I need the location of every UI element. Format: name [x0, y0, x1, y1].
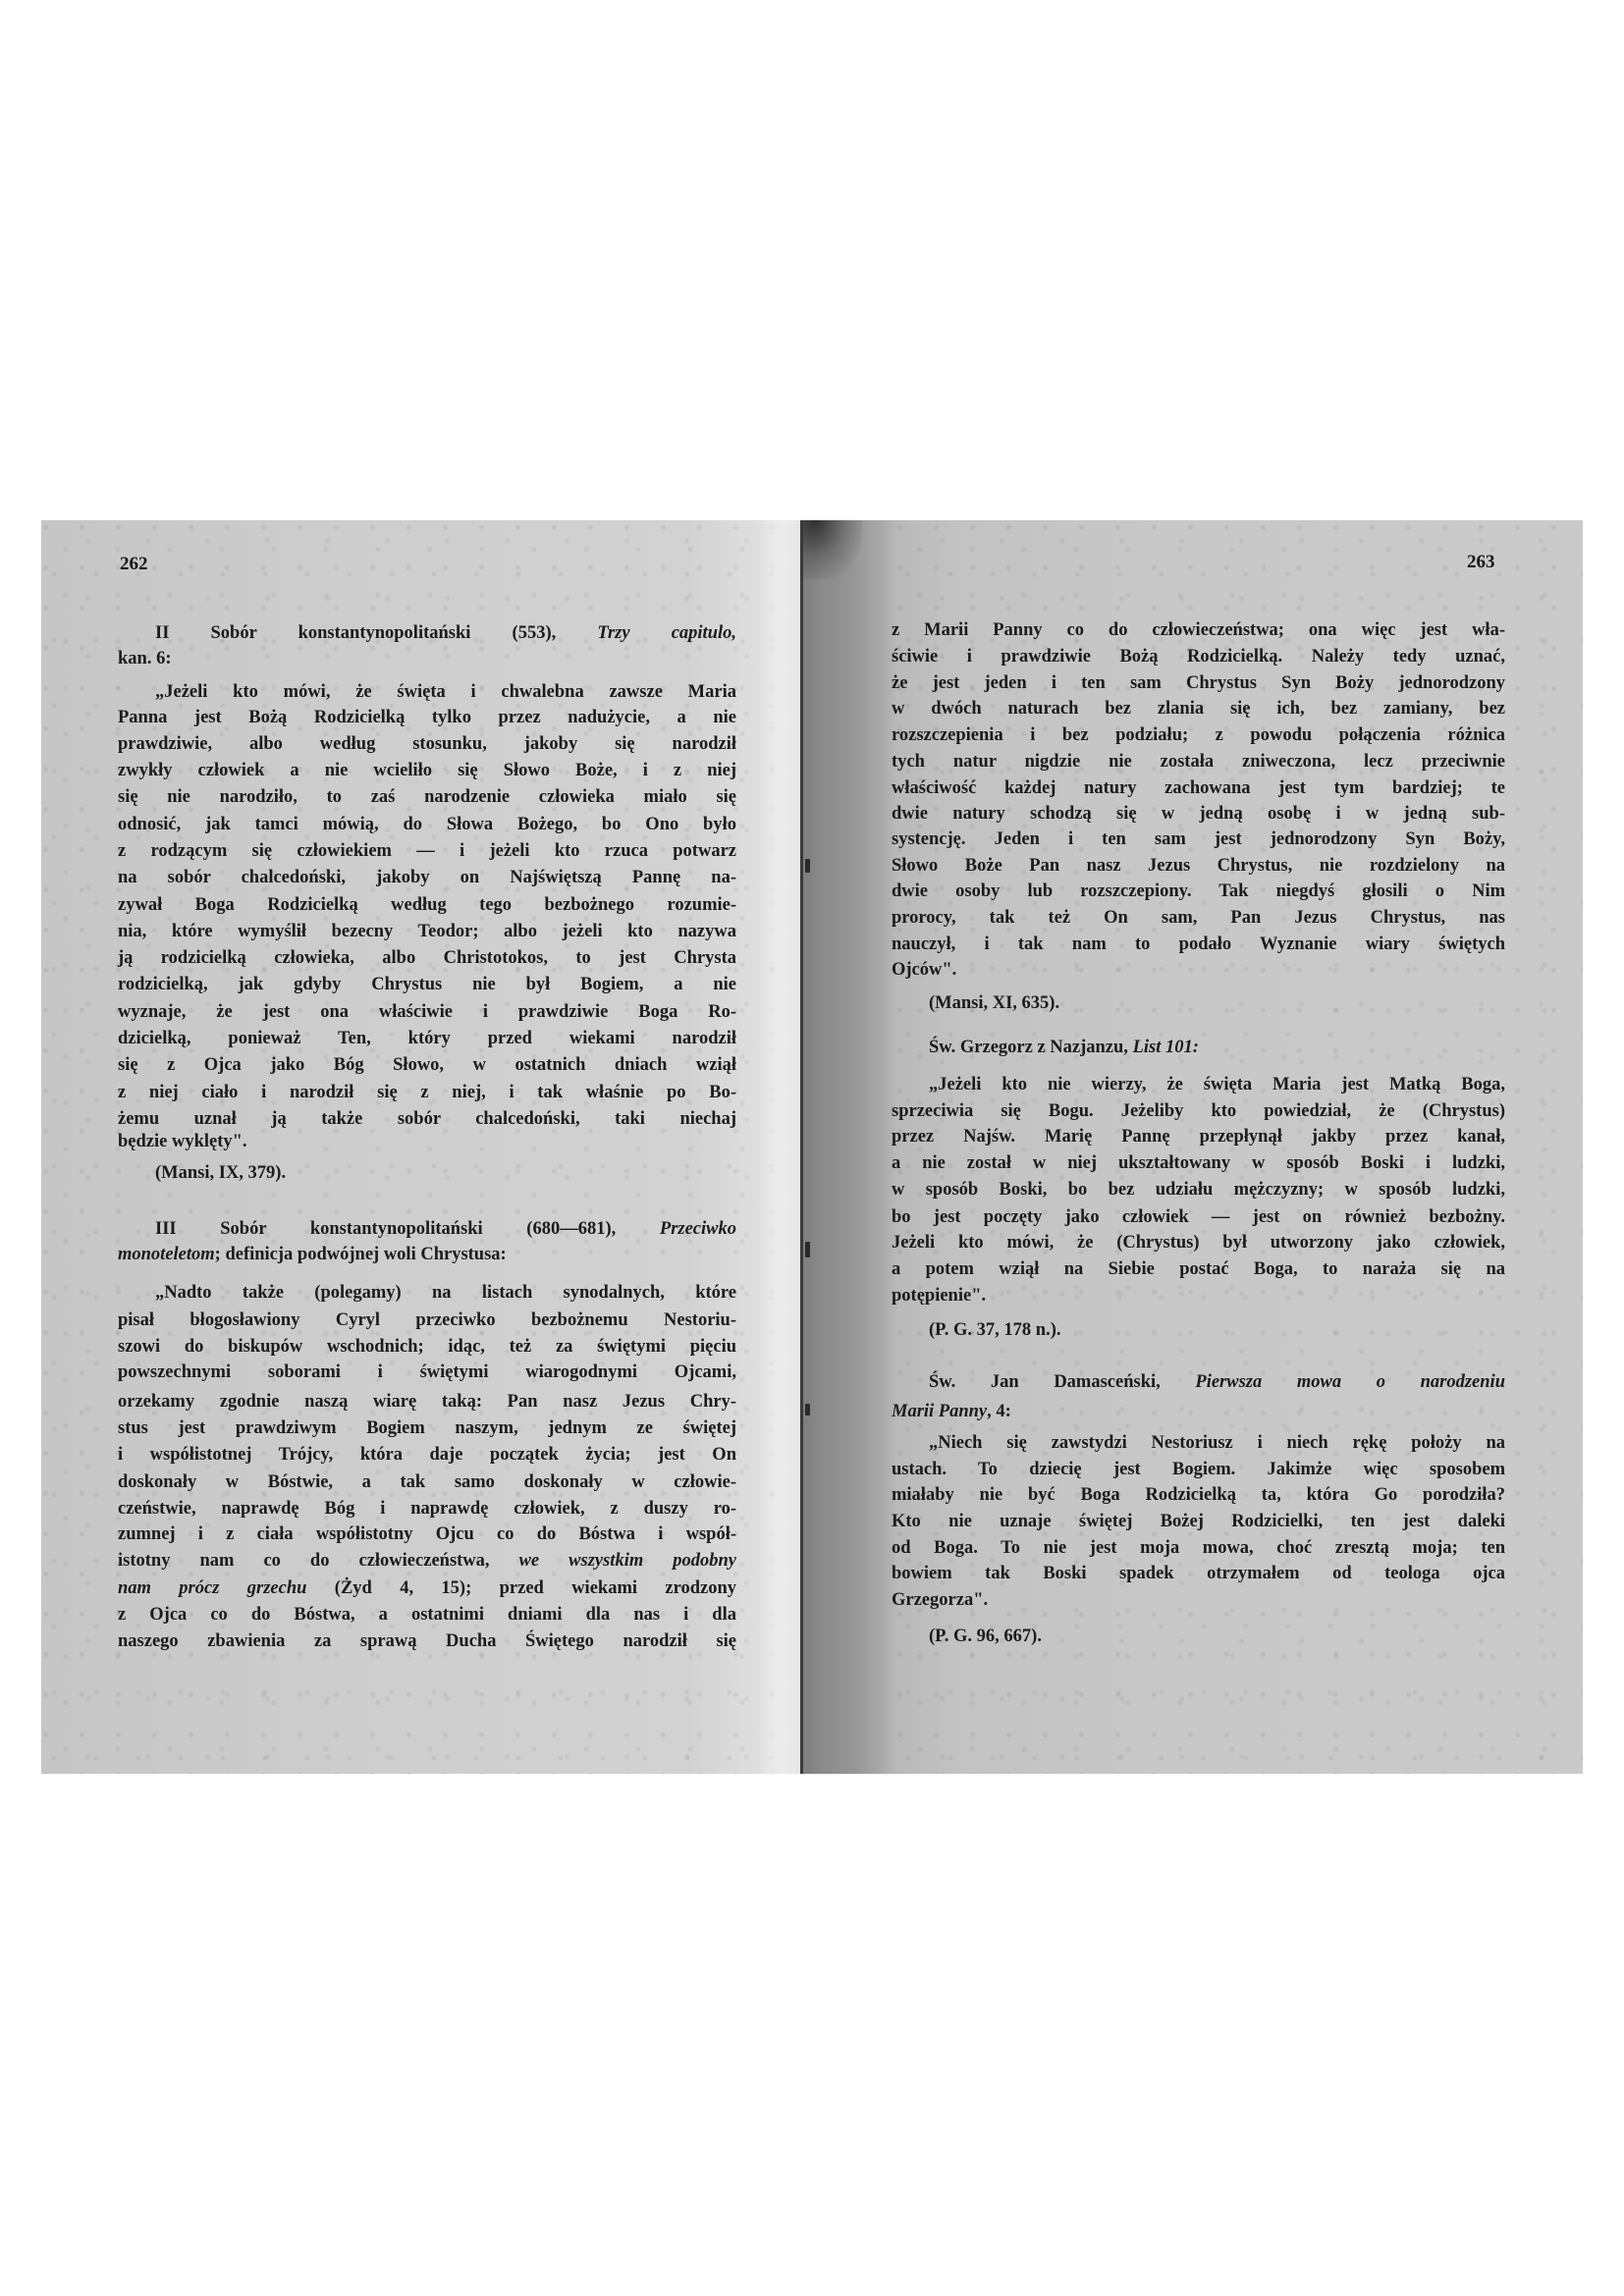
text-run: (Mansi, IX, 379). — [155, 1163, 286, 1183]
citation-line: (P. G. 37, 178 n.). — [929, 1319, 1505, 1341]
quote-line: dzicielką, ponieważ Ten, który przed wie… — [118, 1028, 736, 1049]
quote-line: Słowo Boże Pan nasz Jezus Chrystus, nie … — [892, 855, 1505, 877]
text-run: kan. 6: — [118, 649, 172, 668]
text-run: nauczył, i tak nam to podało Wyznanie wi… — [892, 934, 1505, 954]
text-run: Ojców". — [892, 960, 956, 980]
gutter-highlight — [758, 520, 801, 1774]
text-run: od Boga. To nie jest moja mowa, choć zre… — [892, 1538, 1505, 1558]
text-run: rozszczepienia i bez podziału; z powodu … — [892, 725, 1505, 745]
text-run: odnosić, jak tamci mówią, do Słowa Bożeg… — [118, 815, 736, 834]
quote-line: nam prócz grzechu (Żyd 4, 15); przed wie… — [118, 1577, 736, 1599]
quote-line: zumnej i z ciała współistotny Ojcu co do… — [118, 1523, 736, 1545]
italic-text: List 101: — [1133, 1038, 1199, 1057]
quote-line: rozszczepienia i bez podziału; z powodu … — [892, 724, 1505, 746]
italic-text: Pierwsza mowa o narodzeniu — [1195, 1372, 1505, 1392]
text-run: „Nadto także (polegamy) na listach synod… — [155, 1283, 736, 1303]
quote-line: pisał błogosławiony Cyryl przeciwko bezb… — [118, 1309, 736, 1331]
text-run: „Jeżeli kto mówi, że święta i chwalebna … — [155, 682, 736, 702]
text-run: istotny nam co do człowieczeństwa, — [118, 1551, 519, 1571]
text-run: Grzegorza". — [892, 1590, 988, 1610]
heading-line: Marii Panny, 4: — [892, 1401, 1505, 1422]
text-run: i współistotnej Trójcy, która daje począ… — [118, 1445, 736, 1465]
quote-line: bowiem tak Boski spadek otrzymałem od te… — [892, 1563, 1505, 1584]
quote-line: ustach. To dziecię jest Bogiem. Jakimże … — [892, 1459, 1505, 1480]
quote-line: nauczył, i tak nam to podało Wyznanie wi… — [892, 934, 1505, 955]
text-run: dwie natury schodzą się w jedną osobę i … — [892, 804, 1505, 824]
italic-text: nam prócz grzechu — [118, 1578, 306, 1598]
text-run: zwykły człowiek a nie wcieliło się Słowo… — [118, 761, 736, 780]
quote-line: zwykły człowiek a nie wcieliło się Słowo… — [118, 760, 736, 781]
quote-line: czeństwie, naprawdę Bóg i naprawdę człow… — [118, 1498, 736, 1520]
citation-line: (Mansi, IX, 379). — [155, 1162, 736, 1184]
quote-line: się z Ojca jako Bóg Słowo, w ostatnich d… — [118, 1054, 736, 1076]
text-run: (P. G. 37, 178 n.). — [929, 1320, 1060, 1340]
text-run: prorocy, tak też On sam, Pan Jezus Chrys… — [892, 908, 1505, 928]
text-run: z Ojca co do Bóstwa, a ostatnimi dniami … — [118, 1605, 736, 1625]
text-run: , 4: — [987, 1402, 1011, 1421]
quote-line: ściwie i prawdziwie Bożą Rodzicielką. Na… — [892, 646, 1505, 667]
text-run: ; definicja podwójnej woli Chrystusa: — [215, 1245, 507, 1264]
quote-line: i współistotnej Trójcy, która daje począ… — [118, 1444, 736, 1466]
quote-line: „Jeżeli kto mówi, że święta i chwalebna … — [155, 681, 736, 703]
text-run: ściwie i prawdziwie Bożą Rodzicielką. Na… — [892, 647, 1505, 667]
text-run: systencję. Jeden i ten sam jest jednorod… — [892, 829, 1505, 849]
text-run: wyznaje, że jest ona właściwie i prawdzi… — [118, 1002, 736, 1022]
quote-line: wyznaje, że jest ona właściwie i prawdzi… — [118, 1001, 736, 1023]
quote-line: orzekamy zgodnie naszą wiarę taką: Pan n… — [118, 1391, 736, 1413]
heading-line: monoteletom; definicja podwójnej woli Ch… — [118, 1244, 736, 1265]
text-run: zumnej i z ciała współistotny Ojcu co do… — [118, 1524, 736, 1544]
text-run: „Jeżeli kto nie wierzy, że święta Maria … — [929, 1075, 1505, 1095]
quote-line: istotny nam co do człowieczeństwa, we ws… — [118, 1550, 736, 1572]
quote-line: z rodzącym się człowiekiem — i jeżeli kt… — [118, 840, 736, 862]
text-run: bo jest poczęty jako człowiek — jest on … — [892, 1207, 1505, 1227]
page-number-right: 263 — [1467, 553, 1495, 571]
gutter-fold-line — [800, 520, 803, 1774]
text-run: z rodzącym się człowiekiem — i jeżeli kt… — [118, 841, 736, 861]
text-run: prawdziwie, albo według stosunku, jakoby… — [118, 734, 736, 754]
quote-line: zywał Boga Rodzicielką według tego bezbo… — [118, 894, 736, 916]
text-run: III Sobór konstantynopolitański (680—681… — [155, 1219, 660, 1239]
quote-line: potępienie". — [892, 1285, 1505, 1307]
quote-line: Ojców". — [892, 959, 1505, 981]
text-run: (P. G. 96, 667). — [929, 1627, 1042, 1646]
text-run: Jeżeli kto mówi, że (Chrystus) był utwor… — [892, 1233, 1505, 1253]
quote-line: odnosić, jak tamci mówią, do Słowa Bożeg… — [118, 814, 736, 835]
heading-line: Św. Grzegorz z Nazjanzu, List 101: — [929, 1037, 1505, 1058]
text-run: Panna jest Bożą Rodzicielką tylko przez … — [118, 708, 736, 727]
quote-line: z niej ciało i narodził się z niej, i ta… — [118, 1082, 736, 1103]
text-run: w dwóch naturach bez zlania się ich, bez… — [892, 699, 1505, 719]
text-run: na sobór chalcedoński, jakoby on Najświę… — [118, 868, 736, 887]
quote-line: a nie został w niej ukształtowany w spos… — [892, 1152, 1505, 1174]
text-run: przez Najśw. Marię Pannę przepłynął jakb… — [892, 1127, 1505, 1147]
quote-line: systencję. Jeden i ten sam jest jednorod… — [892, 828, 1505, 850]
heading-line: III Sobór konstantynopolitański (680—681… — [155, 1218, 736, 1240]
text-run: że jest jeden i ten sam Chrystus Syn Boż… — [892, 673, 1505, 693]
quote-line: doskonały w Bóstwie, a tak samo doskonał… — [118, 1471, 736, 1493]
quote-line: Jeżeli kto mówi, że (Chrystus) był utwor… — [892, 1232, 1505, 1254]
text-run: a potem wziął na Siebie postać Boga, to … — [892, 1259, 1505, 1279]
italic-text: we wszystkim podobny — [519, 1551, 736, 1571]
text-run: dzicielką, ponieważ Ten, który przed wie… — [118, 1029, 736, 1048]
gutter-shadow-corner — [803, 520, 862, 579]
text-run: właściwość każdej natury zachowana jest … — [892, 778, 1505, 798]
quote-line: żemu uznał ją także sobór chalcedoński, … — [118, 1108, 736, 1130]
quote-line: nia, które wymyślił bezecny Teodor; albo… — [118, 921, 736, 942]
heading-line: kan. 6: — [118, 648, 736, 669]
text-run: orzekamy zgodnie naszą wiarę taką: Pan n… — [118, 1392, 736, 1412]
text-run: sprzeciwia się Bogu. Jeżeliby kto powied… — [892, 1101, 1505, 1121]
text-run: (Mansi, XI, 635). — [929, 993, 1059, 1013]
text-run: zywał Boga Rodzicielką według tego bezbo… — [118, 895, 736, 915]
quote-line: miałaby nie być Boga Rodzicielką ta, któ… — [892, 1484, 1505, 1506]
quote-line: dwie natury schodzą się w jedną osobę i … — [892, 803, 1505, 825]
quote-line: ją rodzicielką człowieka, albo Christoto… — [118, 947, 736, 969]
text-run: z niej ciało i narodził się z niej, i ta… — [118, 1083, 736, 1102]
quote-line: rodzicielką, jak gdyby Chrystus nie był … — [118, 974, 736, 995]
text-run: się nie narodziło, to zaś narodzenie czł… — [118, 787, 736, 807]
text-run: ją rodzicielką człowieka, albo Christoto… — [118, 948, 736, 968]
text-run: stus jest prawdziwym Bogiem naszym, jedn… — [118, 1418, 736, 1438]
text-run: żemu uznał ją także sobór chalcedoński, … — [118, 1109, 736, 1129]
quote-line: prawdziwie, albo według stosunku, jakoby… — [118, 733, 736, 755]
text-run: rodzicielką, jak gdyby Chrystus nie był … — [118, 975, 736, 994]
text-run: (Żyd 4, 15); przed wiekami zrodzony — [306, 1578, 736, 1598]
quote-line: „Nadto także (polegamy) na listach synod… — [155, 1282, 736, 1304]
heading-line: II Sobór konstantynopolitański (553), Tr… — [155, 622, 736, 644]
quote-line: będzie wyklęty". — [118, 1131, 736, 1152]
italic-text: Trzy capitulo, — [597, 623, 736, 643]
quote-line: w sposób Boski, bo bez udziału mężczyzny… — [892, 1179, 1505, 1201]
quote-line: że jest jeden i ten sam Chrystus Syn Boż… — [892, 672, 1505, 694]
text-run: miałaby nie być Boga Rodzicielką ta, któ… — [892, 1485, 1505, 1505]
italic-text: monoteletom — [118, 1245, 215, 1264]
italic-text: Marii Panny — [892, 1402, 987, 1421]
text-run: Św. Grzegorz z Nazjanzu, — [929, 1038, 1133, 1057]
quote-line: z Marii Panny co do człowieczeństwa; ona… — [892, 619, 1505, 641]
citation-line: (Mansi, XI, 635). — [929, 992, 1505, 1014]
text-run: pisał błogosławiony Cyryl przeciwko bezb… — [118, 1310, 736, 1330]
quote-line: szowi do biskupów wschodnich; idąc, też … — [118, 1336, 736, 1358]
quote-line: dwie osoby lub rozszczepiony. Tak niegdy… — [892, 881, 1505, 902]
text-run: będzie wyklęty". — [118, 1132, 247, 1151]
page-number-left: 262 — [120, 555, 148, 573]
quote-line: przez Najśw. Marię Pannę przepłynął jakb… — [892, 1126, 1505, 1148]
edge-mark — [805, 859, 810, 873]
text-run: „Niech się zawstydzi Nestoriusz i niech … — [929, 1433, 1505, 1453]
text-run: szowi do biskupów wschodnich; idąc, też … — [118, 1337, 736, 1357]
text-run: ustach. To dziecię jest Bogiem. Jakimże … — [892, 1460, 1505, 1479]
quote-line: Grzegorza". — [892, 1589, 1505, 1611]
text-run: dwie osoby lub rozszczepiony. Tak niegdy… — [892, 881, 1505, 901]
text-run: tych natur nigdzie nie została zniweczon… — [892, 752, 1505, 772]
quote-line: od Boga. To nie jest moja mowa, choć zre… — [892, 1537, 1505, 1559]
text-run: powszechnymi soborami i świętymi wiarogo… — [118, 1362, 736, 1382]
quote-line: naszego zbawienia za sprawą Ducha Święte… — [118, 1630, 736, 1652]
citation-line: (P. G. 96, 667). — [929, 1626, 1505, 1647]
text-run: II Sobór konstantynopolitański (553), — [155, 623, 597, 643]
edge-mark — [805, 1404, 810, 1415]
quote-line: na sobór chalcedoński, jakoby on Najświę… — [118, 867, 736, 888]
heading-line: Św. Jan Damasceński, Pierwsza mowa o nar… — [929, 1371, 1505, 1393]
text-run: Kto nie uznaje świętej Bożej Rodzicielki… — [892, 1512, 1505, 1531]
gutter-shadow — [803, 520, 895, 1774]
quote-line: stus jest prawdziwym Bogiem naszym, jedn… — [118, 1417, 736, 1439]
quote-line: prorocy, tak też On sam, Pan Jezus Chrys… — [892, 907, 1505, 929]
text-run: w sposób Boski, bo bez udziału mężczyzny… — [892, 1180, 1505, 1200]
quote-line: z Ojca co do Bóstwa, a ostatnimi dniami … — [118, 1604, 736, 1626]
quote-line: Panna jest Bożą Rodzicielką tylko przez … — [118, 707, 736, 728]
text-run: się z Ojca jako Bóg Słowo, w ostatnich d… — [118, 1055, 736, 1075]
quote-line: „Jeżeli kto nie wierzy, że święta Maria … — [929, 1074, 1505, 1095]
quote-line: Kto nie uznaje świętej Bożej Rodzicielki… — [892, 1511, 1505, 1532]
quote-line: w dwóch naturach bez zlania się ich, bez… — [892, 698, 1505, 720]
quote-line: a potem wziął na Siebie postać Boga, to … — [892, 1258, 1505, 1280]
quote-line: sprzeciwia się Bogu. Jeżeliby kto powied… — [892, 1100, 1505, 1122]
text-run: naszego zbawienia za sprawą Ducha Święte… — [118, 1631, 736, 1651]
text-run: potępienie". — [892, 1286, 986, 1306]
quote-line: się nie narodziło, to zaś narodzenie czł… — [118, 786, 736, 808]
edge-mark — [805, 1242, 810, 1257]
text-run: z Marii Panny co do człowieczeństwa; ona… — [892, 620, 1505, 640]
quote-line: powszechnymi soborami i świętymi wiarogo… — [118, 1362, 736, 1383]
quote-line: bo jest poczęty jako człowiek — jest on … — [892, 1206, 1505, 1228]
text-run: czeństwie, naprawdę Bóg i naprawdę człow… — [118, 1499, 736, 1519]
book-scan: 262 263 II Sobór konstantynopolitański (… — [41, 520, 1583, 1774]
text-run: nia, które wymyślił bezecny Teodor; albo… — [118, 922, 736, 941]
italic-text: Przeciwko — [660, 1219, 736, 1239]
text-run: Słowo Boże Pan nasz Jezus Chrystus, nie … — [892, 856, 1505, 876]
quote-line: właściwość każdej natury zachowana jest … — [892, 777, 1505, 799]
quote-line: tych natur nigdzie nie została zniweczon… — [892, 751, 1505, 773]
text-run: a nie został w niej ukształtowany w spos… — [892, 1153, 1505, 1173]
text-run: doskonały w Bóstwie, a tak samo doskonał… — [118, 1472, 736, 1492]
text-run: bowiem tak Boski spadek otrzymałem od te… — [892, 1564, 1505, 1583]
quote-line: „Niech się zawstydzi Nestoriusz i niech … — [929, 1432, 1505, 1454]
text-run: Św. Jan Damasceński, — [929, 1372, 1195, 1392]
